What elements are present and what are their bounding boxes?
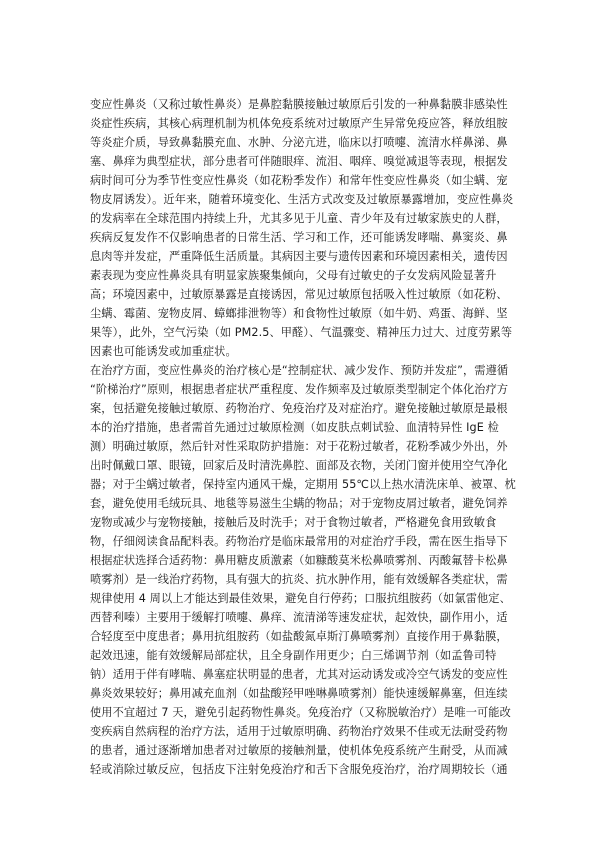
text-line: 在治疗方面，变应性鼻炎的治疗核心是“控制症状、减少发作、预防并发症”，需遵循	[90, 361, 510, 380]
text-line: 起效迅速，能有效缓解局部症状，且全身副作用更少；白三烯调节剂（如孟鲁司特	[90, 646, 510, 665]
text-line: 高；环境因素中，过敏原暴露是直接诱因，常见过敏原包括吸入性过敏原（如花粉、	[90, 285, 510, 304]
text-line: 测）明确过敏原，然后针对性采取防护措施：对于花粉过敏者，花粉季减少外出，外	[90, 437, 510, 456]
text-line: 炎症性疾病，其核心病理机制为机体免疫系统对过敏原产生异常免疫应答，释放组胺	[90, 114, 510, 133]
text-line: 鼻炎效果较好；鼻用减充血剂（如盐酸羟甲唑啉鼻喷雾剂）能快速缓解鼻塞，但连续	[90, 684, 510, 703]
text-line: 塞、鼻痒为典型症状，部分患者可伴随眼痒、流泪、咽痒、嗅觉减退等表现，根据发	[90, 152, 510, 171]
text-line: 宠物或减少与宠物接触，接触后及时洗手；对于食物过敏者，严格避免食用致敏食	[90, 513, 510, 532]
text-line: “阶梯治疗”原则，根据患者症状严重程度、发作频率及过敏原类型制定个体化治疗方	[90, 380, 510, 399]
text-line: 果等），此外，空气污染（如 PM2.5、甲醛）、气温骤变、精神压力过大、过度劳累…	[90, 323, 510, 342]
text-line: 疾病反复发作不仅影响患者的日常生活、学习和工作，还可能诱发哮喘、鼻窦炎、鼻	[90, 228, 510, 247]
text-line: 套，避免使用毛绒玩具、地毯等易滋生尘螨的物品；对于宠物皮屑过敏者，避免饲养	[90, 494, 510, 513]
text-line: 尘螨、霉菌、宠物皮屑、蟑螂排泄物等）和食物性过敏原（如牛奶、鸡蛋、海鲜、坚	[90, 304, 510, 323]
text-line: 物，仔细阅读食品配料表。药物治疗是临床最常用的对症治疗手段，需在医生指导下	[90, 532, 510, 551]
text-line: 本的治疗措施，患者需首先通过过敏原检测（如皮肤点刺试验、血清特异性 IgE 检	[90, 418, 510, 437]
text-line: 病时间可分为季节性变应性鼻炎（如花粉季发作）和常年性变应性鼻炎（如尘螨、宠	[90, 171, 510, 190]
text-line: 合轻度至中度患者；鼻用抗组胺药（如盐酸氮卓斯汀鼻喷雾剂）直接作用于鼻黏膜，	[90, 627, 510, 646]
paragraph-treatment: 在治疗方面，变应性鼻炎的治疗核心是“控制症状、减少发作、预防并发症”，需遵循 “…	[90, 361, 510, 779]
text-line: 规律使用 4 周以上才能达到最佳效果，避免自行停药；口服抗组胺药（如氯雷他定、	[90, 589, 510, 608]
text-line: 因素也可能诱发或加重症状。	[90, 342, 510, 361]
document-page: 变应性鼻炎（又称过敏性鼻炎）是鼻腔黏膜接触过敏原后引发的一种鼻黏膜非感染性 炎症…	[0, 0, 595, 841]
text-line: 器；对于尘螨过敏者，保持室内通风干燥，定期用 55℃以上热水清洗床单、被罩、枕	[90, 475, 510, 494]
text-line: 物皮屑诱发）。近年来，随着环境变化、生活方式改变及过敏原暴露增加，变应性鼻炎	[90, 190, 510, 209]
text-line: 轻或消除过敏反应，包括皮下注射免疫治疗和舌下含服免疫治疗，治疗周期较长（通	[90, 760, 510, 779]
paragraph-definition-and-causes: 变应性鼻炎（又称过敏性鼻炎）是鼻腔黏膜接触过敏原后引发的一种鼻黏膜非感染性 炎症…	[90, 95, 510, 361]
text-line: 息肉等并发症，严重降低生活质量。其病因主要与遗传因素和环境因素相关，遗传因	[90, 247, 510, 266]
text-line: 的患者，通过逐渐增加患者对过敏原的接触剂量，使机体免疫系统产生耐受，从而减	[90, 741, 510, 760]
text-line: 钠）适用于伴有哮喘、鼻塞症状明显的患者，尤其对运动诱发或冷空气诱发的变应性	[90, 665, 510, 684]
text-line: 使用不宜超过 7 天，避免引起药物性鼻炎。免疫治疗（又称脱敏治疗）是唯一可能改	[90, 703, 510, 722]
text-line: 根据症状选择合适药物：鼻用糖皮质激素（如糠酸莫米松鼻喷雾剂、丙酸氟替卡松鼻	[90, 551, 510, 570]
text-line: 出时佩戴口罩、眼镜，回家后及时清洗鼻腔、面部及衣物，关闭门窗并使用空气净化	[90, 456, 510, 475]
text-line: 变应性鼻炎（又称过敏性鼻炎）是鼻腔黏膜接触过敏原后引发的一种鼻黏膜非感染性	[90, 95, 510, 114]
text-line: 西替利嗪）主要用于缓解打喷嚏、鼻痒、流清涕等速发症状，起效快，副作用小，适	[90, 608, 510, 627]
text-line: 喷雾剂）是一线治疗药物，具有强大的抗炎、抗水肿作用，能有效缓解各类症状，需	[90, 570, 510, 589]
text-line: 等炎症介质，导致鼻黏膜充血、水肿、分泌亢进，临床以打喷嚏、流清水样鼻涕、鼻	[90, 133, 510, 152]
text-line: 素表现为变应性鼻炎具有明显家族聚集倾向，父母有过敏史的子女发病风险显著升	[90, 266, 510, 285]
text-line: 的发病率在全球范围内持续上升，尤其多见于儿童、青少年及有过敏家族史的人群，	[90, 209, 510, 228]
text-line: 案，包括避免接触过敏原、药物治疗、免疫治疗及对症治疗。避免接触过敏原是最根	[90, 399, 510, 418]
text-line: 变疾病自然病程的治疗方法，适用于过敏原明确、药物治疗效果不佳或无法耐受药物	[90, 722, 510, 741]
